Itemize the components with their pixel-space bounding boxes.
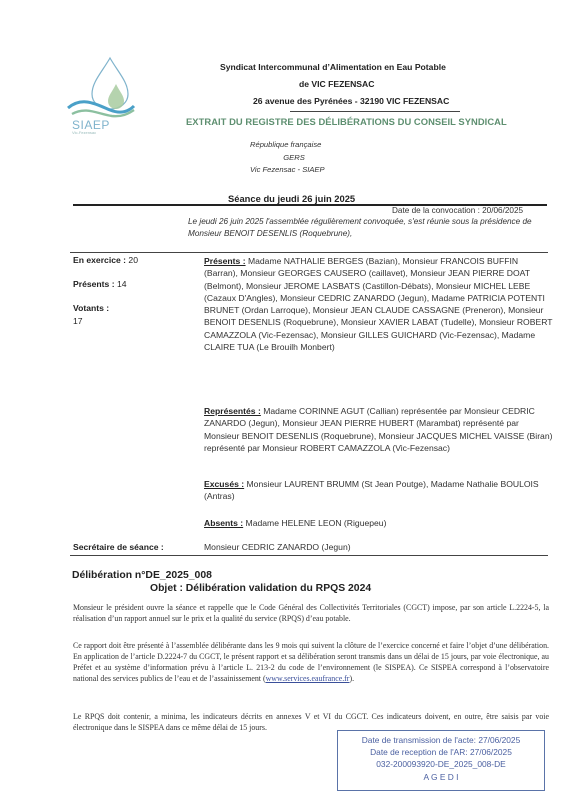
en-exercice-value: 20 [128,255,138,265]
absents-list: Absents : Madame HELENE LEON (Riguepeu) [204,517,554,529]
excuses-list: Excusés : Monsieur LAURENT BRUMM (St Jea… [204,478,554,503]
stamp-reception-date: Date de reception de l'AR: 27/06/2025 [338,746,544,758]
secretaire-divider [70,555,548,556]
attendance-divider [70,252,548,253]
eaufrance-link[interactable]: www.services.eaufrance.fr [266,674,350,683]
absents-text: Madame HELENE LEON (Riguepeu) [243,518,386,528]
paragraph-2-end: ). [349,674,354,683]
presents-label: Présents : [204,256,246,266]
deliberation-objet: Objet : Délibération validation du RPQS … [150,583,371,594]
transmission-stamp: Date de transmission de l'acte: 27/06/20… [337,730,545,791]
seance-intro: Le jeudi 26 juin 2025 l'assemblée réguli… [188,216,548,241]
en-exercice-label: En exercice : [73,255,126,265]
votants-label: Votants : [73,303,109,313]
representes-list: Représentés : Madame CORINNE AGUT (Calli… [204,405,554,454]
paragraph-2: Ce rapport doit être présenté à l’assemb… [73,640,549,684]
org-address: 26 avenue des Pyrénées - 32190 VIC FEZEN… [253,96,449,106]
department-line: GERS [250,152,338,165]
representes-label: Représentés : [204,406,261,416]
stamp-transmission-date: Date de transmission de l'acte: 27/06/20… [338,734,544,746]
logo-subtext: Vic-Fezensac [72,130,96,135]
presents-list: Présents : Madame NATHALIE BERGES (Bazia… [204,255,554,353]
seance-title: Séance du jeudi 26 juin 2025 [228,193,355,204]
republique-block: République française GERS Vic Fezensac -… [250,139,338,177]
excuses-label: Excusés : [204,479,244,489]
header-divider [290,111,460,112]
org-name: Syndicat Intercommunal d’Alimentation en… [220,62,446,72]
stamp-act-id: 032-200093920-DE_2025_008-DE [338,758,544,770]
siaep-logo: SIAEP Vic-Fezensac [66,56,136,134]
org-name-line2: de VIC FEZENSAC [299,79,374,89]
commune-line: Vic Fezensac - SIAEP [250,164,338,177]
en-exercice-count: En exercice : 20 [73,255,138,265]
presents-text: Madame NATHALIE BERGES (Bazian), Monsieu… [204,256,552,352]
excuses-text: Monsieur LAURENT BRUMM (St Jean Poutge),… [204,479,539,501]
stamp-agedi: A G E D I [338,771,544,783]
absents-label: Absents : [204,518,243,528]
paragraph-1: Monsieur le président ouvre la séance et… [73,602,549,624]
presents-count-value: 14 [117,279,127,289]
votants-label-text: Votants : [73,303,109,313]
extrait-title: EXTRAIT DU REGISTRE DES DÉLIBÉRATIONS DU… [186,116,507,127]
secretaire-label: Secrétaire de séance : [73,542,164,552]
deliberation-number: Délibération n°DE_2025_008 [72,570,212,581]
presents-count-label: Présents : [73,279,115,289]
convocation-date: Date de la convocation : 20/06/2025 [392,206,523,215]
republique-line: République française [250,139,338,152]
votants-value: 17 [73,316,83,326]
presents-count: Présents : 14 [73,279,127,289]
secretaire-value: Monsieur CEDRIC ZANARDO (Jegun) [204,542,351,552]
